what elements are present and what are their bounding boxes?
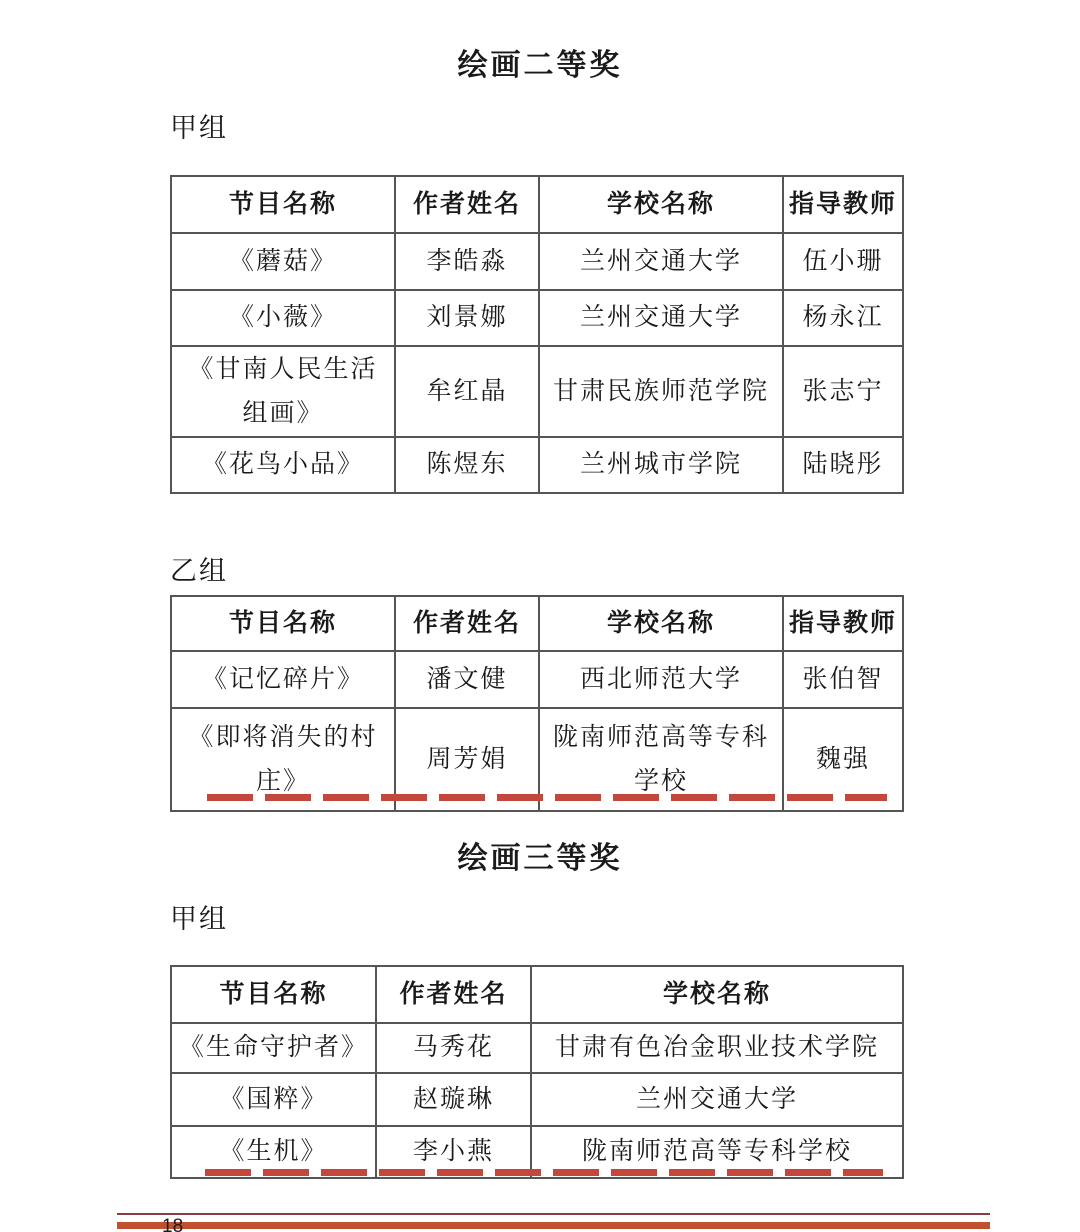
- group-label-a-third-prize: 甲组: [170, 897, 228, 936]
- column-header-school-name: 学校名称: [539, 596, 783, 651]
- table-row: 《花鸟小品》 陈煜东 兰州城市学院 陆晓彤: [171, 437, 903, 493]
- cell-author-name: 刘景娜: [395, 290, 539, 346]
- column-header-school-name: 学校名称: [531, 966, 903, 1023]
- table-row: 《国粹》 赵璇琳 兰州交通大学: [171, 1073, 903, 1126]
- cell-program-name: 《国粹》: [171, 1073, 376, 1126]
- column-header-author-name: 作者姓名: [395, 596, 539, 651]
- column-header-author-name: 作者姓名: [395, 176, 539, 233]
- footer-thick-line: [117, 1222, 990, 1229]
- cell-school-name: 甘肃有色冶金职业技术学院: [531, 1023, 903, 1073]
- table-header-row: 节目名称 作者姓名 学校名称: [171, 966, 903, 1023]
- cell-program-name: 《甘南人民生活组画》: [171, 346, 395, 437]
- red-dashed-underline: [205, 1169, 883, 1176]
- cell-instructor: 陆晓彤: [783, 437, 903, 493]
- cell-instructor: 伍小珊: [783, 233, 903, 290]
- cell-school-name: 兰州城市学院: [539, 437, 783, 493]
- cell-author-name: 马秀花: [376, 1023, 531, 1073]
- table-header-row: 节目名称 作者姓名 学校名称 指导教师: [171, 176, 903, 233]
- table-row: 《蘑菇》 李皓淼 兰州交通大学 伍小珊: [171, 233, 903, 290]
- table-row: 《小薇》 刘景娜 兰州交通大学 杨永江: [171, 290, 903, 346]
- cell-school-name: 西北师范大学: [539, 651, 783, 708]
- cell-school-name: 甘肃民族师范学院: [539, 346, 783, 437]
- cell-school-name: 兰州交通大学: [531, 1073, 903, 1126]
- cell-school-name: 兰州交通大学: [539, 233, 783, 290]
- third-prize-group-a-table: 节目名称 作者姓名 学校名称 《生命守护者》 马秀花 甘肃有色冶金职业技术学院 …: [170, 965, 904, 1179]
- table-row: 《甘南人民生活组画》 牟红晶 甘肃民族师范学院 张志宁: [171, 346, 903, 437]
- group-label-a-second-prize: 甲组: [170, 106, 228, 145]
- page-number: 18: [162, 1216, 183, 1232]
- cell-instructor: 张伯智: [783, 651, 903, 708]
- cell-instructor: 张志宁: [783, 346, 903, 437]
- table-row: 《记忆碎片》 潘文健 西北师范大学 张伯智: [171, 651, 903, 708]
- cell-author-name: 陈煜东: [395, 437, 539, 493]
- section-title-second-prize: 绘画二等奖: [0, 40, 1080, 84]
- column-header-program-name: 节目名称: [171, 176, 395, 233]
- cell-author-name: 赵璇琳: [376, 1073, 531, 1126]
- footer-thin-line: [117, 1213, 990, 1215]
- cell-author-name: 李皓淼: [395, 233, 539, 290]
- group-label-b-second-prize: 乙组: [170, 549, 228, 588]
- column-header-program-name: 节目名称: [171, 596, 395, 651]
- section-title-third-prize: 绘画三等奖: [0, 833, 1080, 877]
- column-header-author-name: 作者姓名: [376, 966, 531, 1023]
- column-header-instructor: 指导教师: [783, 176, 903, 233]
- cell-program-name: 《花鸟小品》: [171, 437, 395, 493]
- cell-instructor: 杨永江: [783, 290, 903, 346]
- column-header-school-name: 学校名称: [539, 176, 783, 233]
- cell-program-name: 《生命守护者》: [171, 1023, 376, 1073]
- table-row: 《生命守护者》 马秀花 甘肃有色冶金职业技术学院: [171, 1023, 903, 1073]
- cell-school-name: 兰州交通大学: [539, 290, 783, 346]
- cell-program-name: 《小薇》: [171, 290, 395, 346]
- cell-author-name: 牟红晶: [395, 346, 539, 437]
- second-prize-group-b-table: 节目名称 作者姓名 学校名称 指导教师 《记忆碎片》 潘文健 西北师范大学 张伯…: [170, 595, 904, 812]
- red-dashed-underline: [207, 794, 887, 801]
- second-prize-group-a-table: 节目名称 作者姓名 学校名称 指导教师 《蘑菇》 李皓淼 兰州交通大学 伍小珊 …: [170, 175, 904, 494]
- column-header-program-name: 节目名称: [171, 966, 376, 1023]
- cell-program-name: 《记忆碎片》: [171, 651, 395, 708]
- column-header-instructor: 指导教师: [783, 596, 903, 651]
- table-header-row: 节目名称 作者姓名 学校名称 指导教师: [171, 596, 903, 651]
- cell-program-name: 《蘑菇》: [171, 233, 395, 290]
- cell-author-name: 潘文健: [395, 651, 539, 708]
